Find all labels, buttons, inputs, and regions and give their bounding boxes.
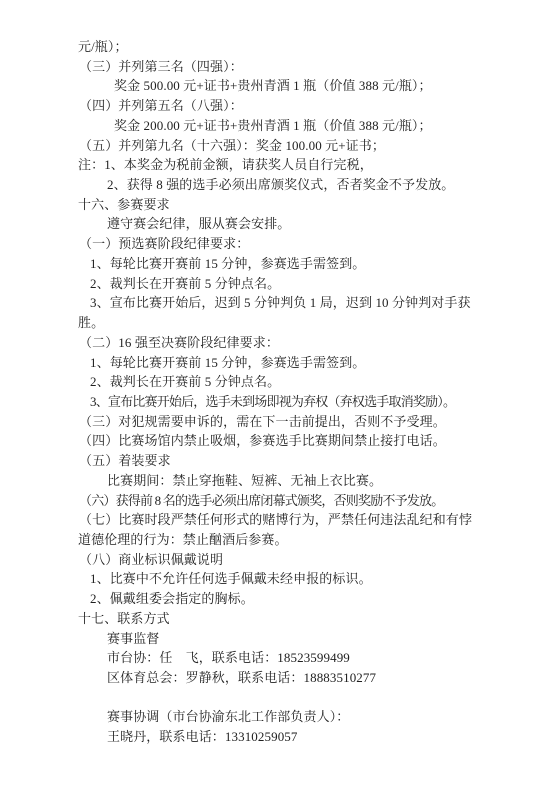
doc-line: （三）并列第三名（四强）： [78,57,470,77]
doc-line: （六）获得前 8 名的选手必须出席闭幕式颁奖，否则奖励不予发放。 [78,491,470,511]
doc-line: 3、宣布比赛开始后，选手未到场即视为弃权（弃权选手取消奖励）。 [78,392,470,412]
doc-line: 十六、参赛要求 [78,195,470,215]
doc-line: 遵守赛会纪律，服从赛会安排。 [78,214,470,234]
doc-line: 2、获得 8 强的选手必须出席颁奖仪式，否者奖金不予发放。 [78,175,470,195]
doc-line: 1、每轮比赛开赛前 15 分钟，参赛选手需签到。 [78,254,470,274]
doc-line: 2、佩戴组委会指定的胸标。 [78,589,470,609]
doc-line: 1、比赛中不允许任何选手佩戴未经申报的标识。 [78,569,470,589]
doc-line: （八）商业标识佩戴说明 [78,550,470,570]
doc-line: 奖金 200.00 元+证书+贵州青酒 1 瓶（价值 388 元/瓶）； [78,116,470,136]
doc-line: （七）比赛时段严禁任何形式的赌博行为，严禁任何违法乱纪和有悖 [78,510,470,530]
doc-line: （五）并列第九名（十六强）：奖金 100.00 元+证书； [78,136,470,156]
doc-line: （二）16 强至决赛阶段纪律要求： [78,333,470,353]
doc-line: （四）比赛场馆内禁止吸烟，参赛选手比赛期间禁止接打电话。 [78,431,470,451]
doc-line: 注：1、本奖金为税前金额，请获奖人员自行完税， [78,155,470,175]
doc-line: 道德伦理的行为：禁止酗酒后参赛。 [78,530,470,550]
doc-line: 奖金 500.00 元+证书+贵州青酒 1 瓶（价值 388 元/瓶）； [78,76,470,96]
doc-line: 2、裁判长在开赛前 5 分钟点名。 [78,372,470,392]
doc-line: 区体育总会：罗静秋，联系电话：18883510277 [78,668,470,688]
doc-line: 2、裁判长在开赛前 5 分钟点名。 [78,274,470,294]
doc-line: 赛事协调（市台协渝东北工作部负责人）： [78,707,470,727]
doc-line: 市台协：任 飞，联系电话：18523599499 [78,648,470,668]
doc-line: 赛事监督 [78,629,470,649]
doc-line: 元/瓶）； [78,37,470,57]
doc-line: 比赛期间：禁止穿拖鞋、短裤、无袖上衣比赛。 [78,471,470,491]
doc-line: 王晓丹，联系电话：13310259057 [78,727,470,747]
doc-line: （五）着装要求 [78,451,470,471]
doc-line: 胜。 [78,313,470,333]
doc-line: （三）对犯规需要申诉的，需在下一击前提出，否则不予受理。 [78,412,470,432]
document-body: 元/瓶）；（三）并列第三名（四强）：奖金 500.00 元+证书+贵州青酒 1 … [78,37,470,747]
doc-line: （四）并列第五名（八强）： [78,96,470,116]
doc-line: 十七、联系方式 [78,609,470,629]
blank-line [78,688,470,708]
doc-line: 3、宣布比赛开始后，迟到 5 分钟判负 1 局，迟到 10 分钟判对手获 [78,293,470,313]
document-page: 元/瓶）；（三）并列第三名（四强）：奖金 500.00 元+证书+贵州青酒 1 … [0,0,554,787]
doc-line: 1、每轮比赛开赛前 15 分钟，参赛选手需签到。 [78,353,470,373]
doc-line: （一）预选赛阶段纪律要求： [78,234,470,254]
